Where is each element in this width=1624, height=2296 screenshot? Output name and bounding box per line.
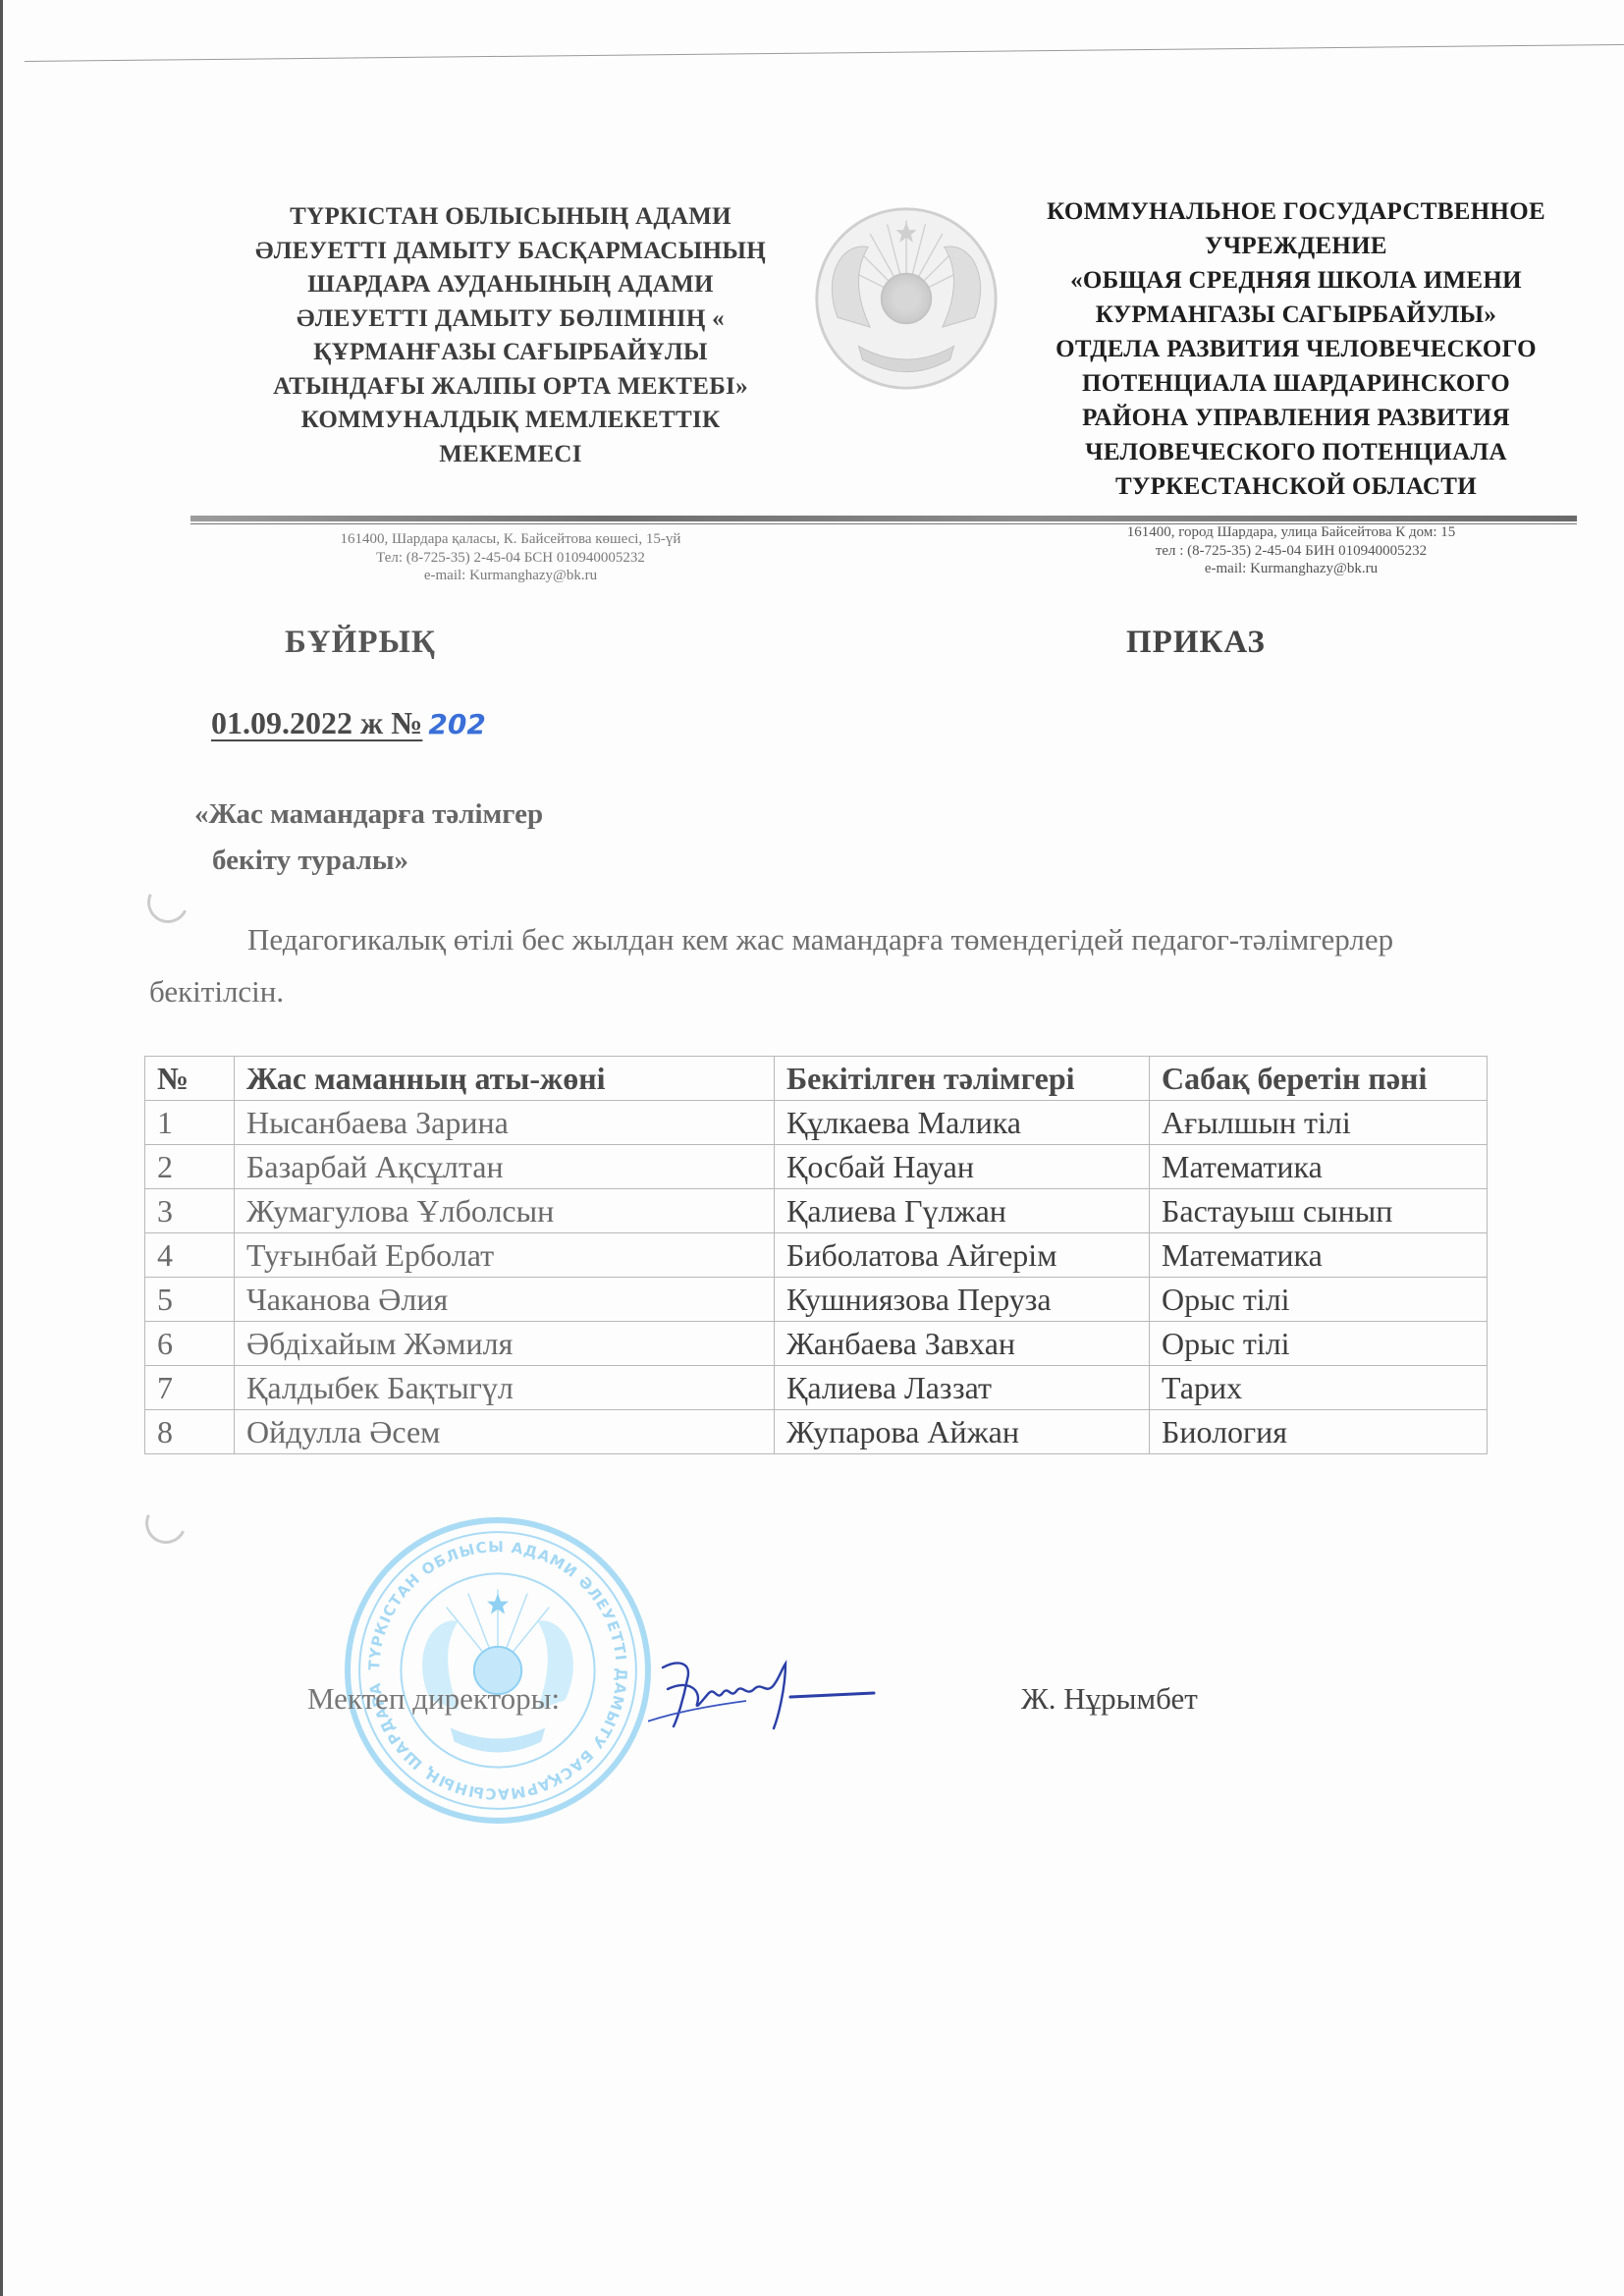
header-left-line: МЕКЕМЕСІ xyxy=(221,438,800,472)
subject-name: Бастауыш сынып xyxy=(1150,1189,1488,1233)
state-emblem-icon xyxy=(811,202,1001,395)
table-row: 7Қалдыбек БақтыгүлҚалиева ЛаззатТарих xyxy=(145,1366,1488,1410)
header-right-line: КОММУНАЛЬНОЕ ГОСУДАРСТВЕННОЕ xyxy=(1001,194,1591,229)
director-label: Мектеп директоры: xyxy=(307,1681,560,1717)
row-number: 3 xyxy=(145,1189,235,1233)
header-left-line: ҚҰРМАНҒАЗЫ САҒЫРБАЙҰЛЫ xyxy=(221,336,800,370)
subject-name: Орыс тілі xyxy=(1150,1278,1488,1322)
header-left-line: АТЫНДАҒЫ ЖАЛПЫ ОРТА МЕКТЕБІ» xyxy=(221,370,800,405)
header-right-line: «ОБЩАЯ СРЕДНЯЯ ШКОЛА ИМЕНИ xyxy=(1001,263,1591,298)
table-row: 6Әбдіхайым ЖәмиляЖанбаева ЗавханОрыс тіл… xyxy=(145,1322,1488,1366)
header-right-line: ЧЕЛОВЕЧЕСКОГО ПОТЕНЦИАЛА xyxy=(1001,435,1591,469)
subject-name: Тарих xyxy=(1150,1366,1488,1410)
mentor-name: Қосбай Науан xyxy=(775,1145,1150,1189)
table-row: 8Ойдулла ӘсемЖупарова АйжанБиология xyxy=(145,1410,1488,1454)
young-specialist-name: Чаканова Әлия xyxy=(235,1278,775,1322)
header-kazakh-institution: ТҮРКІСТАН ОБЛЫСЫНЫҢ АДАМИӘЛЕУЕТТІ ДАМЫТУ… xyxy=(221,200,800,471)
col-subject: Сабақ беретін пәні xyxy=(1150,1057,1488,1101)
header-right-line: ПОТЕНЦИАЛА ШАРДАРИНСКОГО xyxy=(1001,366,1591,401)
order-title-kazakh: БҰЙРЫҚ xyxy=(285,625,436,661)
scan-top-line xyxy=(25,44,1624,62)
young-specialist-name: Базарбай Ақсұлтан xyxy=(235,1145,775,1189)
header-left-line: КОММУНАЛДЫҚ МЕМЛЕКЕТТІК xyxy=(221,404,800,438)
address-russian: 161400, город Шардара, улица Байсейтова … xyxy=(1060,523,1522,578)
row-number: 1 xyxy=(145,1101,235,1145)
mentor-table: № Жас маманның аты-жөні Бекітілген тәлім… xyxy=(144,1056,1488,1454)
table-header-row: № Жас маманның аты-жөні Бекітілген тәлім… xyxy=(145,1057,1488,1101)
header-russian-institution: КОММУНАЛЬНОЕ ГОСУДАРСТВЕННОЕУЧРЕЖДЕНИЕ«О… xyxy=(1001,194,1591,504)
school-seal-stamp-icon: ТҮРКІСТАН ОБЛЫСЫ АДАМИ ӘЛЕУЕТТІ ДАМЫТУ Б… xyxy=(340,1512,656,1829)
mentor-name: Биболатова Айгерім xyxy=(775,1233,1150,1278)
row-number: 8 xyxy=(145,1410,235,1454)
col-mentor: Бекітілген тәлімгері xyxy=(775,1057,1150,1101)
director-name: Ж. Нұрымбет xyxy=(1021,1681,1198,1717)
header-left-line: ТҮРКІСТАН ОБЛЫСЫНЫҢ АДАМИ xyxy=(221,200,800,235)
young-specialist-name: Жумагулова Ұлболсын xyxy=(235,1189,775,1233)
order-body-paragraph: Педагогикалық өтілі бес жылдан кем жас м… xyxy=(149,913,1504,1017)
col-young-specialist: Жас маманның аты-жөні xyxy=(235,1057,775,1101)
young-specialist-name: Қалдыбек Бақтыгүл xyxy=(235,1366,775,1410)
header-left-line: ӘЛЕУЕТТІ ДАМЫТУ БАСҚАРМАСЫНЫҢ xyxy=(221,235,800,269)
order-subject: «Жас мамандарға тәлімгер бекіту туралы» xyxy=(194,792,543,884)
order-number-handwritten: 202 xyxy=(428,708,485,740)
header-right-line: ТУРКЕСТАНСКОЙ ОБЛАСТИ xyxy=(1001,469,1591,504)
subject-name: Ағылшын тілі xyxy=(1150,1101,1488,1145)
subject-name: Биология xyxy=(1150,1410,1488,1454)
header-right-line: ОТДЕЛА РАЗВИТИЯ ЧЕЛОВЕЧЕСКОГО xyxy=(1001,332,1591,366)
punch-hole-mark xyxy=(139,1497,192,1550)
young-specialist-name: Туғынбай Ерболат xyxy=(235,1233,775,1278)
col-number: № xyxy=(145,1057,235,1101)
subject-name: Орыс тілі xyxy=(1150,1322,1488,1366)
header-rule-thick xyxy=(190,516,1577,521)
mentor-name: Кушниязова Перуза xyxy=(775,1278,1150,1322)
row-number: 4 xyxy=(145,1233,235,1278)
mentor-name: Жупарова Айжан xyxy=(775,1410,1150,1454)
header-right-line: РАЙОНА УПРАВЛЕНИЯ РАЗВИТИЯ xyxy=(1001,401,1591,435)
table-row: 1Нысанбаева ЗаринаҚұлкаева МаликаАғылшын… xyxy=(145,1101,1488,1145)
mentor-name: Құлкаева Малика xyxy=(775,1101,1150,1145)
young-specialist-name: Ойдулла Әсем xyxy=(235,1410,775,1454)
order-date-number: 01.09.2022 ж №202 xyxy=(211,705,486,741)
mentor-name: Қалиева Лаззат xyxy=(775,1366,1150,1410)
young-specialist-name: Әбдіхайым Жәмиля xyxy=(235,1322,775,1366)
mentor-name: Қалиева Гүлжан xyxy=(775,1189,1150,1233)
row-number: 6 xyxy=(145,1322,235,1366)
table-row: 2Базарбай АқсұлтанҚосбай НауанМатематика xyxy=(145,1145,1488,1189)
address-kazakh: 161400, Шардара қаласы, К. Байсейтова кө… xyxy=(265,530,756,585)
header-right-line: КУРМАНГАЗЫ САГЫРБАЙУЛЫ» xyxy=(1001,298,1591,332)
table-row: 5Чаканова ӘлияКушниязова ПерузаОрыс тілі xyxy=(145,1278,1488,1322)
order-title-russian: ПРИКАЗ xyxy=(1126,625,1266,661)
scan-edge xyxy=(0,0,3,2296)
mentor-name: Жанбаева Завхан xyxy=(775,1322,1150,1366)
young-specialist-name: Нысанбаева Зарина xyxy=(235,1101,775,1145)
subject-name: Математика xyxy=(1150,1145,1488,1189)
table-row: 3Жумагулова ҰлболсынҚалиева ГүлжанБастау… xyxy=(145,1189,1488,1233)
row-number: 5 xyxy=(145,1278,235,1322)
order-date: 01.09.2022 ж № xyxy=(211,705,422,740)
header-right-line: УЧРЕЖДЕНИЕ xyxy=(1001,229,1591,263)
header-left-line: ӘЛЕУЕТТІ ДАМЫТУ БӨЛІМІНІҢ « xyxy=(221,302,800,337)
table-row: 4Туғынбай ЕрболатБиболатова АйгерімМатем… xyxy=(145,1233,1488,1278)
header-left-line: ШАРДАРА АУДАНЫНЫҢ АДАМИ xyxy=(221,268,800,302)
handwritten-signature-icon xyxy=(648,1650,943,1768)
row-number: 2 xyxy=(145,1145,235,1189)
row-number: 7 xyxy=(145,1366,235,1410)
subject-name: Математика xyxy=(1150,1233,1488,1278)
